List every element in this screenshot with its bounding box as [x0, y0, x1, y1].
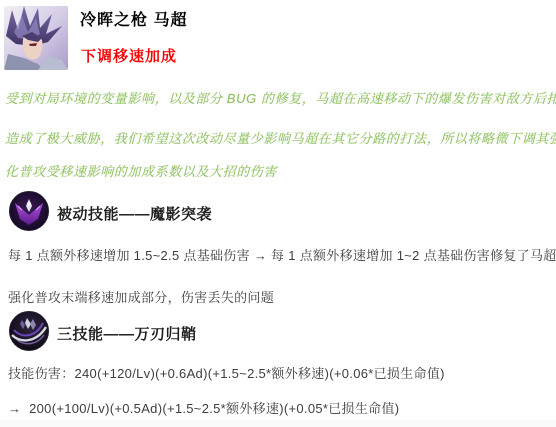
- ultimate-skill-icon: [9, 311, 49, 351]
- page-title: 冷晖之枪 马超: [80, 7, 187, 30]
- hero-avatar-image: [4, 6, 68, 70]
- bottom-divider: [0, 420, 556, 427]
- skill-heading-ultimate: 三技能——万刃归鞘: [57, 323, 197, 344]
- nerf-subtitle: 下调移速加成: [81, 45, 177, 66]
- passive-change-line-2: 强化普攻末端移速加成部分，伤害丢失的问题: [8, 287, 274, 306]
- passive-skill-icon: [9, 191, 49, 231]
- ultimate-damage-new: → 200(+100/Lv)(+0.5Ad)(+1.5~2.5*额外移速)(+0…: [8, 398, 399, 417]
- intro-line-3: 化普攻受移速影响的加成系数以及大招的伤害: [5, 161, 277, 180]
- intro-line-2: 造成了极大威胁，我们希望这次改动尽量少影响马超在其它分路的打法，所以将略微下调其…: [5, 128, 556, 147]
- skill-heading-passive: 被动技能——魔影突袭: [57, 203, 212, 224]
- patch-note-page: 冷晖之枪 马超 下调移速加成 受到对局环境的变量影响，以及部分 BUG 的修复，…: [0, 0, 556, 427]
- ma-chao-portrait-art: [4, 6, 68, 70]
- ultimate-damage-old: 技能伤害：240(+120/Lv)(+0.6Ad)(+1.5~2.5*额外移速)…: [8, 363, 445, 382]
- intro-line-1: 受到对局环境的变量影响，以及部分 BUG 的修复，马超在高速移动下的爆发伤害对敌…: [5, 88, 556, 107]
- passive-change-line-1: 每 1 点额外移速增加 1.5~2.5 点基础伤害 → 每 1 点额外移速增加 …: [8, 245, 556, 264]
